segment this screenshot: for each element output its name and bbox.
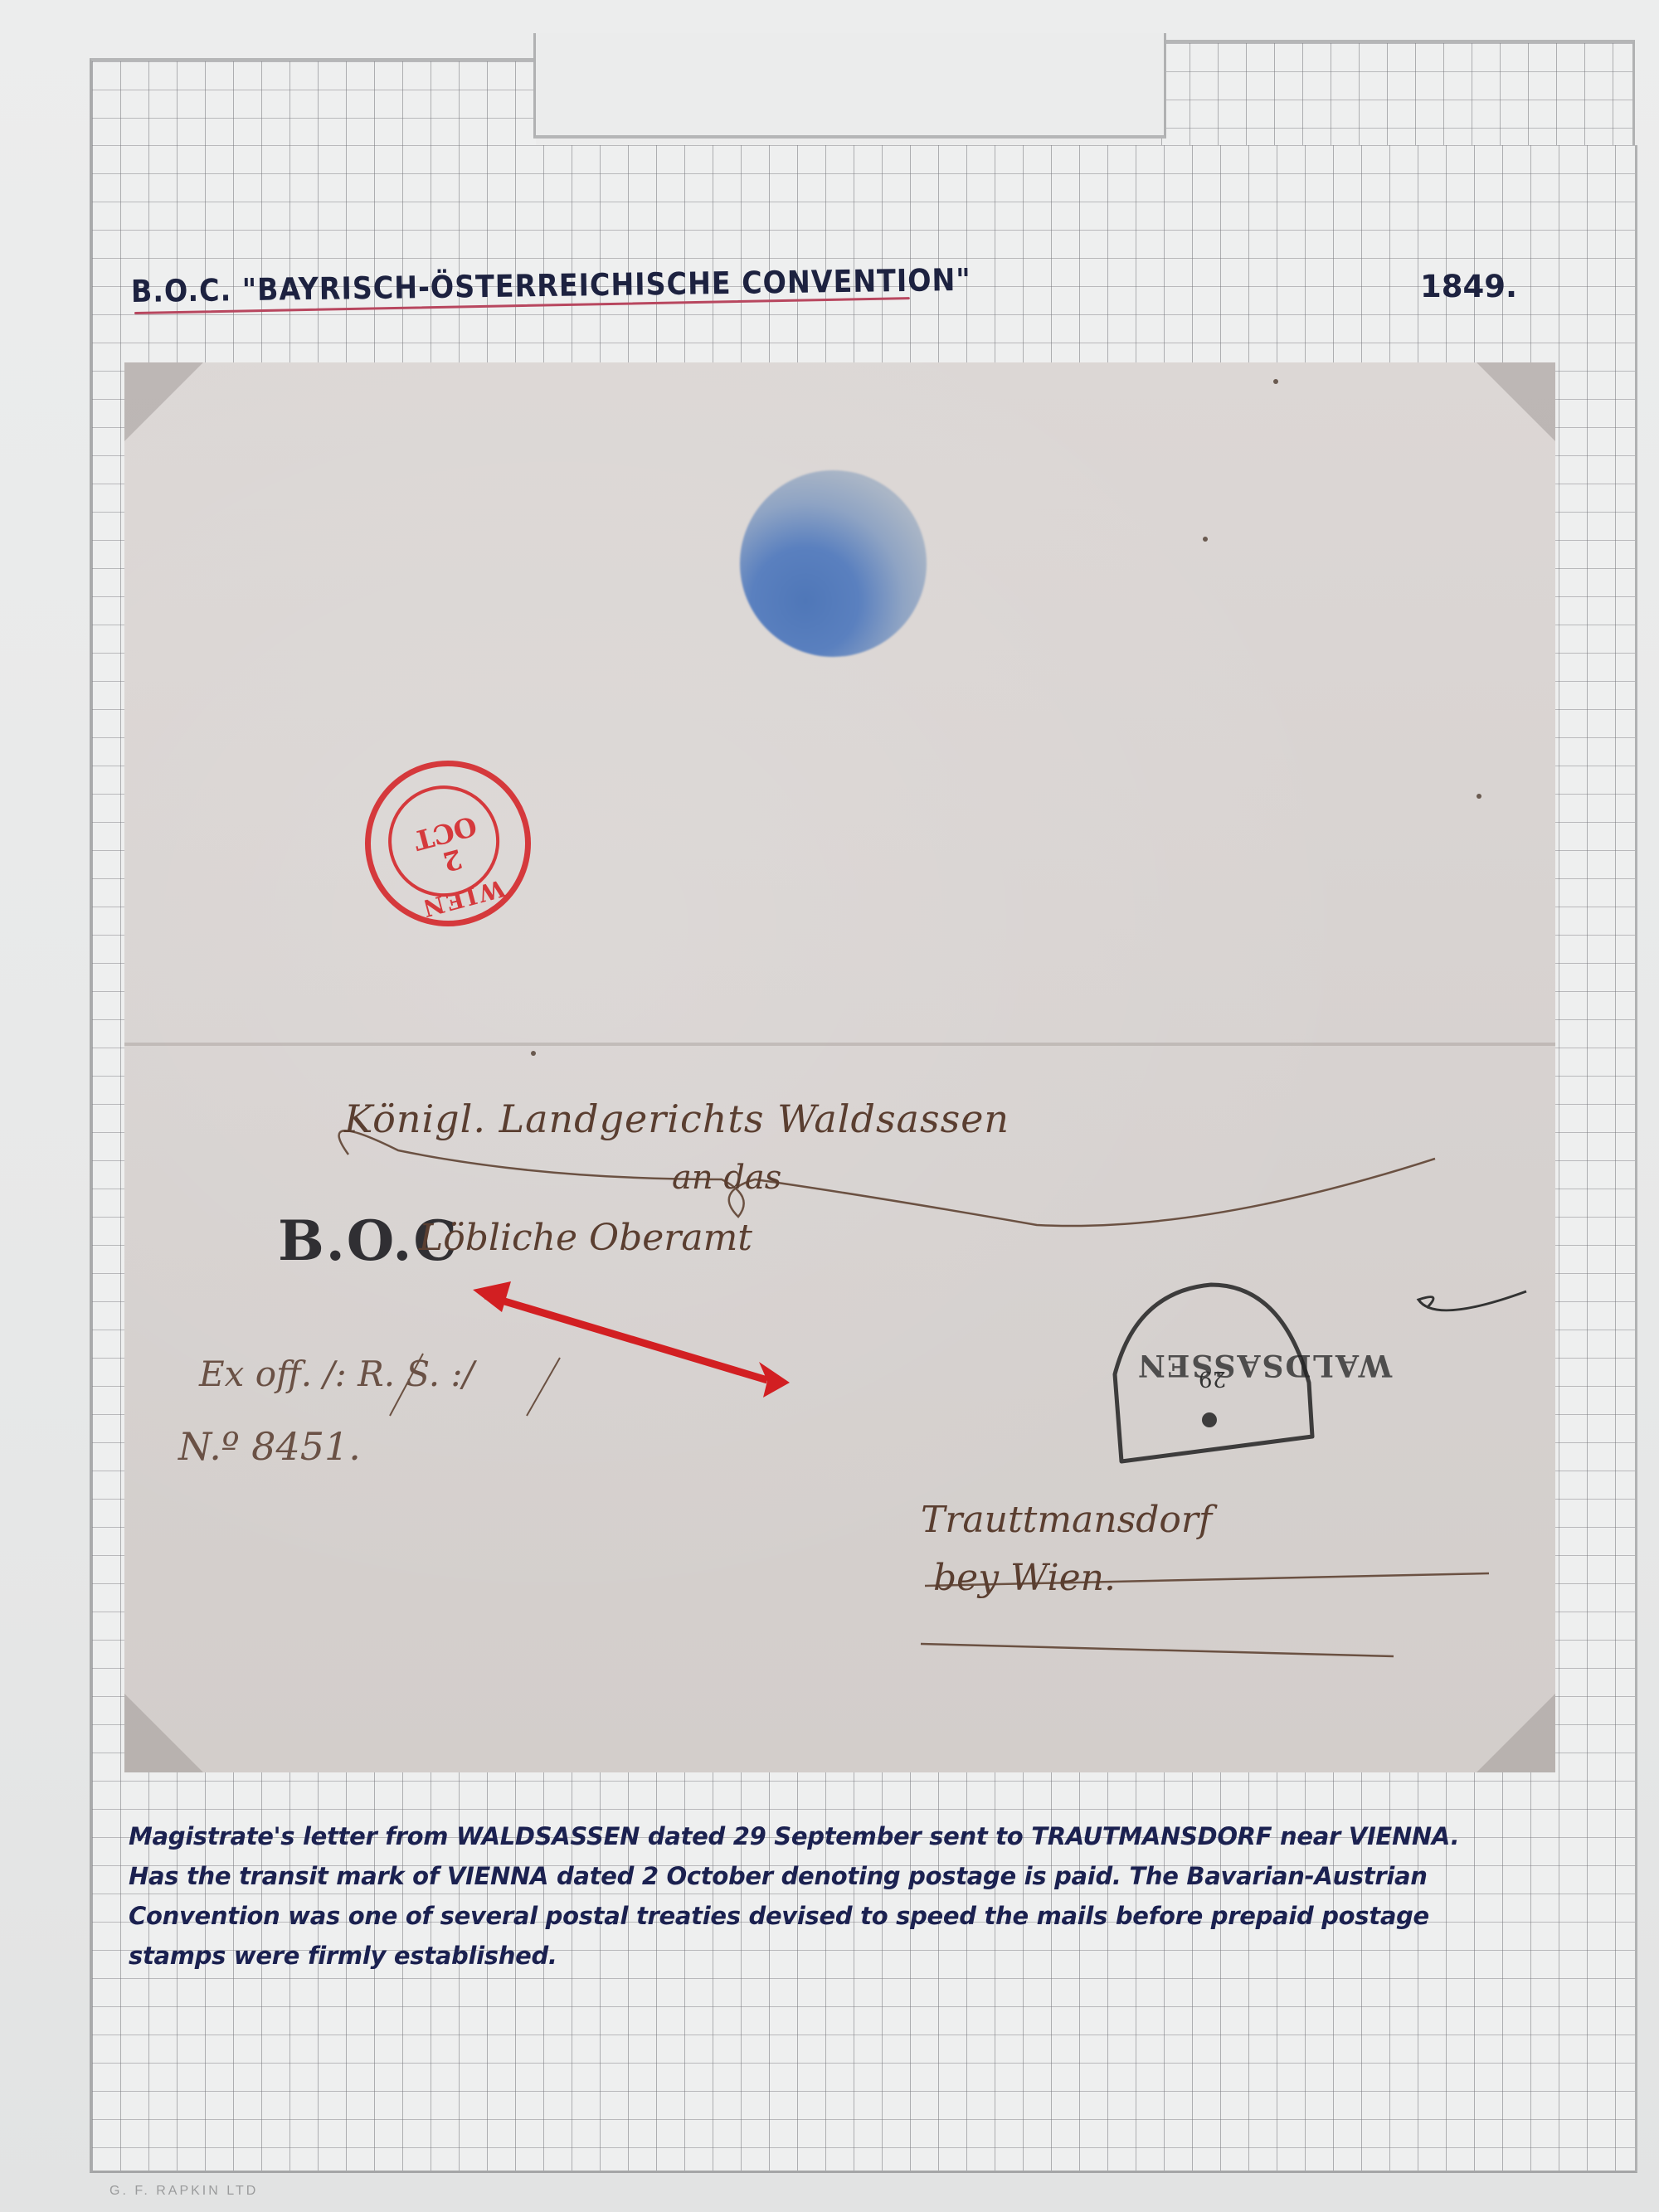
caption-line: stamps were firmly established. (129, 1936, 1588, 1976)
caption-line: Has the transit mark of VIENNA dated 2 O… (129, 1856, 1588, 1896)
address-line-3: Löbliche Oberamt (419, 1217, 752, 1259)
foxing-spot (531, 1051, 536, 1056)
caption-line: Convention was one of several postal tre… (129, 1896, 1588, 1936)
postmark-day: 29 (1199, 1366, 1226, 1391)
photo-corner-top-left (124, 362, 203, 441)
page-year: 1849. (1420, 269, 1517, 304)
address-line-1: Königl. Landgerichts Waldsassen (344, 1096, 1010, 1141)
album-page: B.O.C. "BAYRISCH-ÖSTERREICHISCHE CONVENT… (0, 0, 1659, 2212)
vienna-transit-postmark: WIEN 2 OCT (347, 742, 550, 946)
waldsassen-postmark: WALDSASSEN 29 (1103, 1275, 1323, 1470)
official-endorsement: Ex off. /: R. S. :/ (199, 1354, 474, 1394)
postal-cover: WIEN 2 OCT B.O.C WALDSASSEN 29 Königl. L… (124, 362, 1555, 1772)
photo-corner-top-right (1477, 362, 1555, 441)
page-notch (533, 33, 1166, 139)
caption-line: Magistrate's letter from WALDSASSEN date… (129, 1816, 1588, 1856)
address-line-2: an das (672, 1159, 781, 1197)
cover-fold-line (124, 1043, 1555, 1046)
grid-tab-right (1161, 40, 1635, 153)
foxing-spot (1203, 537, 1208, 542)
grid-tab-left (90, 58, 536, 153)
postmark-town: WALDSASSEN (1136, 1348, 1392, 1383)
destination-line-2: bey Wien. (933, 1557, 1116, 1599)
album-maker-mark: G. F. RAPKIN LTD (109, 2184, 258, 2199)
wax-seal-residue (740, 470, 927, 657)
foxing-spot (1477, 794, 1481, 799)
cover-description: Magistrate's letter from WALDSASSEN date… (129, 1816, 1588, 1976)
photo-corner-bottom-left (124, 1694, 203, 1772)
destination-line-1: Trauttmansdorf (921, 1499, 1212, 1541)
reference-number: N.º 8451. (178, 1424, 361, 1469)
foxing-spot (1273, 379, 1278, 384)
photo-corner-bottom-right (1477, 1694, 1555, 1772)
